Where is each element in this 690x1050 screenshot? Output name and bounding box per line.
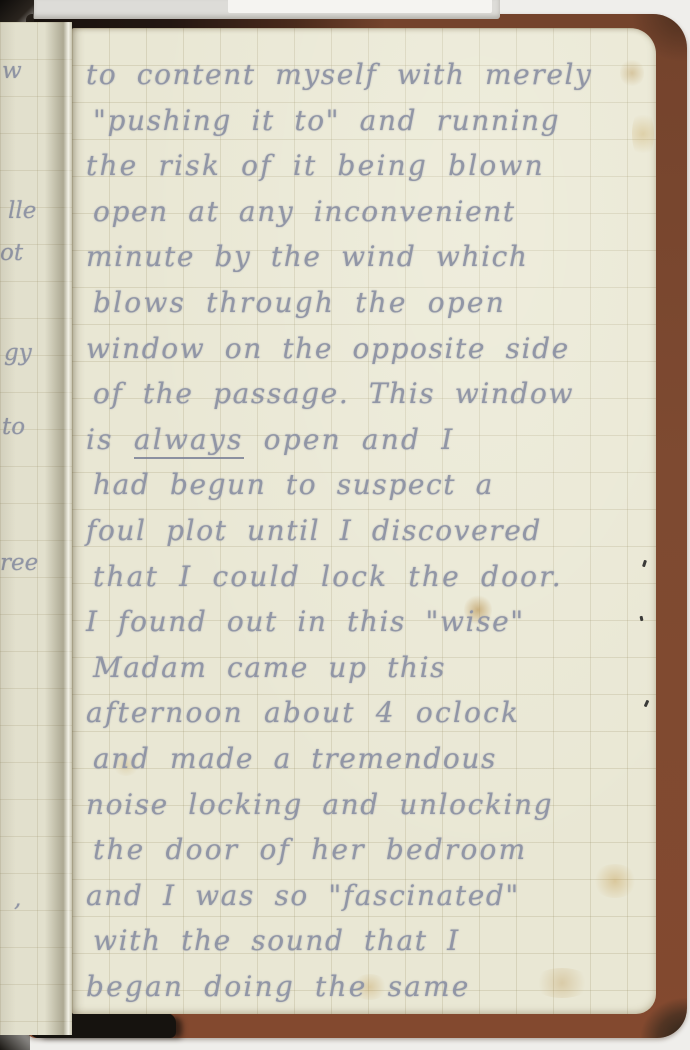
manuscript-line: afternoon about 4 oclock xyxy=(86,690,648,736)
manuscript-text-block: to content myself with merely "pushing i… xyxy=(86,28,648,1009)
manuscript-line: Madam came up this xyxy=(86,645,648,691)
manuscript-line: window on the opposite side xyxy=(86,326,648,372)
manuscript-line: the door of her bedroom xyxy=(86,827,648,873)
facing-page-strip: w lle ot gy to ree , xyxy=(0,22,72,1035)
manuscript-line: that I could lock the door. xyxy=(86,554,648,600)
loose-sheet-edge-white xyxy=(228,0,492,13)
manuscript-line: had begun to suspect a xyxy=(86,462,648,508)
manuscript-line: noise locking and unlocking xyxy=(86,782,648,828)
manuscript-line: blows through the open xyxy=(86,280,648,326)
manuscript-line: began doing the same xyxy=(86,964,648,1010)
manuscript-line-underlined-always: is always open and I xyxy=(86,417,648,463)
photo-backdrop: w lle ot gy to ree , to content myself w… xyxy=(0,0,690,1050)
manuscript-line: "pushing it to" and running xyxy=(86,98,648,144)
manuscript-line: and I was so "fascinated" xyxy=(86,873,648,919)
underlined-word: always xyxy=(134,423,244,459)
manuscript-line: to content myself with merely xyxy=(86,52,648,98)
manuscript-line: I found out in this "wise" xyxy=(86,599,648,645)
notebook-page: to content myself with merely "pushing i… xyxy=(72,28,656,1014)
manuscript-line: with the sound that I xyxy=(86,918,648,964)
manuscript-line: open at any inconvenient xyxy=(86,189,648,235)
manuscript-line: of the passage. This window xyxy=(86,371,648,417)
manuscript-line: foul plot until I discovered xyxy=(86,508,648,554)
manuscript-line: minute by the wind which xyxy=(86,234,648,280)
manuscript-line: and made a tremendous xyxy=(86,736,648,782)
manuscript-line: the risk of it being blown xyxy=(86,143,648,189)
page-gutter-shadow xyxy=(0,22,72,1035)
